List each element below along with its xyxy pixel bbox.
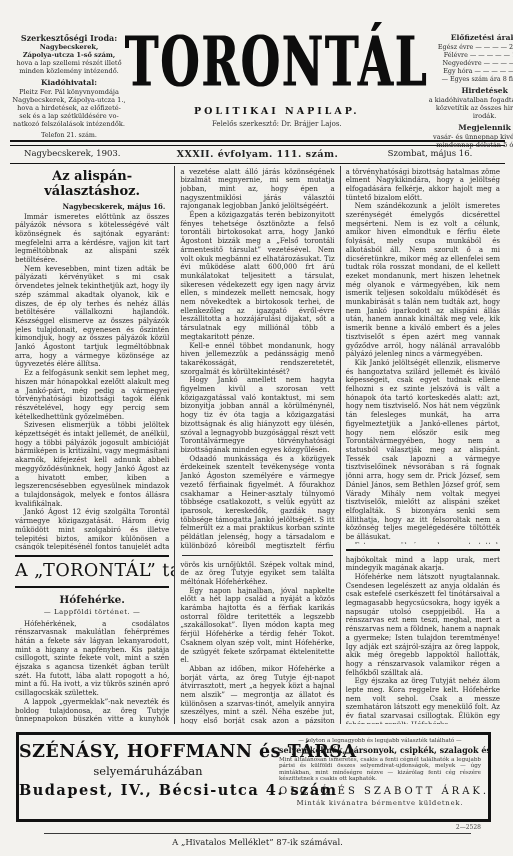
subscription-title: Előfizetési árak: [426, 34, 513, 42]
feuilleton-col1-paragraphs: Hófehérkének, a csodálatos rénszarvasnak… [15, 620, 169, 724]
article-paragraph: a vezetése alatt álló járás közönségének… [180, 168, 334, 212]
dateline-place: Nagybecskerek, 1903. [10, 149, 160, 159]
ad-company-address: Budapest, IV., Bécsi-utca 4. szám [19, 782, 277, 799]
dateline-date: Szombat, május 16. [355, 149, 505, 159]
feuilleton-section-title: A „TORONTÁL” tarcája [15, 561, 169, 581]
ad-slogan: OLCSÓ ÉS SZABOTT ÁRAK. [279, 786, 481, 797]
dateline-bottom-rule [10, 163, 505, 164]
price-line: Egész évre — — — — 24 kor. [426, 43, 513, 51]
note-line: irodák. [426, 112, 513, 120]
feuilleton-subtitle: — Lappföldi történet. — [15, 608, 169, 616]
article-dateline: Nagybecskerek, május 16. [15, 202, 165, 211]
article-columns: Az alispán-választáshoz. Nagybecskerek, … [10, 166, 505, 724]
article-paragraph: Nem szándékozunk a jelölt ismeretes szer… [346, 202, 500, 359]
note-line: vasár- és ünnepnap kivételével [426, 133, 513, 141]
price-line: Negyedévre — — — — 6 „ [426, 59, 513, 67]
article-paragraph: Épen a közigazgatás terén bebizonyitott … [180, 211, 334, 342]
column-1-main: Az alispán-választáshoz. Nagybecskerek, … [15, 168, 169, 550]
price-line: Félévre — — — — — 12 „ [426, 51, 513, 59]
editorial-office-note: hova a lap szellemi részét illetőminden … [10, 59, 128, 75]
column-2-separator-rule [182, 555, 332, 556]
price-line: Egy hóra — — — — — 2 „ [426, 67, 513, 75]
feuilleton-section-header: A „TORONTÁL” tarcája [15, 555, 169, 588]
ad-reference-number: 2—2528 [10, 824, 481, 831]
price-list: Egész évre — — — — 24 kor.Félévre — — — … [426, 43, 513, 83]
article-col3-paragraphs: a törvényhatósági bizottság hatalmas zöm… [346, 168, 500, 544]
feuilleton-paragraph: vörös kis urnőjüktől. Szépek voltak mind… [180, 561, 334, 587]
note-line: minden közlemény intézendő. [10, 67, 128, 75]
note-line: a kiadóhivatalban fogadtatnak el, [426, 96, 513, 104]
article-col1-paragraphs: Immár ismeretes előttünk az összes pályá… [15, 213, 169, 550]
feuilleton-title: Hófehérke. [15, 594, 169, 606]
column-3: a törvényhatósági bizottság hatalmas zöm… [340, 166, 505, 724]
column-3-separator-rule [346, 549, 500, 551]
supplement-note: A „Hivatalos Melléklet” 87-ik számával. [10, 838, 505, 848]
column-1: Az alispán-választáshoz. Nagybecskerek, … [10, 166, 174, 724]
dateline-issue: XXXII. évfolyam. 111. szám. [160, 149, 355, 160]
ads-note: a kiadóhivatalban fogadtatnak el,közvetí… [426, 96, 513, 120]
masthead-center: TORONTÁL POLITIKAI NAPILAP. Felelős szer… [128, 26, 426, 138]
article-paragraph: Kik Jankó jelöltségét ellenzik, elismerv… [346, 359, 500, 542]
editor-line: Felelős szerkesztő: Dr. Brájjer Lajos. [128, 120, 426, 128]
column-2: a vezetése alatt álló járás közönségének… [174, 166, 339, 724]
note-line: hova a hirdetések, az előfizeté- [10, 104, 128, 112]
editorial-office-box: Szerkesztőségi Iroda: Nagybecskerek,Zápo… [10, 26, 128, 138]
publication-note: vasár- és ünnepnap kivételévelmindennap … [426, 133, 513, 149]
editorial-office-address: Nagybecskerek,Zápolya-utcza 1-ső szám, [10, 43, 128, 59]
ad-text-block: — folyton a legnagyobb és legujabb válas… [277, 735, 488, 819]
article-paragraph: Szivesen elismerjük a többi jelöltek kép… [15, 421, 169, 508]
feuilleton-col3-paragraphs: hajbókoltak mind a lapp urak, mert minde… [346, 556, 500, 724]
ad-tagline: — folyton a legnagyobb és legujabb válas… [279, 738, 481, 744]
article-paragraph: Jankó Ágost 12 évig szolgálta Torontál v… [15, 508, 169, 549]
article-paragraph: Hogy Jankó amellett nem hagyta figyelmen… [180, 376, 334, 454]
publication-title: Megjelennik [426, 124, 513, 132]
publisher-title: Kiadóhivatal: [10, 79, 128, 87]
feuilleton-paragraph: Egy éjszaka az öreg Tutyját nehéz álom l… [346, 677, 500, 723]
masthead: Szerkesztőségi Iroda: Nagybecskerek,Zápo… [10, 26, 505, 138]
newspaper-page: Szerkesztőségi Iroda: Nagybecskerek,Zápo… [0, 0, 513, 856]
article-paragraph: Kell-e ennél többet mondanunk, hogy hive… [180, 342, 334, 377]
newspaper-subtitle: POLITIKAI NAPILAP. [128, 106, 426, 117]
feuilleton-paragraph: hajbókoltak mind a lapp urak, mert minde… [346, 556, 500, 573]
note-line: sek és a lap szétküldésére vo- [10, 112, 128, 120]
feuilleton-paragraph: Abban az időben, mikor Hófehérke a borjá… [180, 665, 334, 724]
article-paragraph: a törvényhatósági bizottság hatalmas zöm… [346, 168, 500, 203]
article-col2-paragraphs: a vezetése alatt álló járás közönségének… [180, 168, 334, 550]
ad-body-text: Mint általánosan ismeretes, csakis a fen… [279, 757, 481, 783]
newspaper-title: TORONTÁL [125, 30, 429, 98]
price-line: — Egyes szám ára 8 fill. — [426, 75, 513, 83]
note-line: Pleitz Fer. Pál könyvnyomdája [10, 88, 128, 96]
ad-products-line: selyemkelmék, bársonyok, csipkék, szalag… [279, 745, 481, 755]
publisher-note: Pleitz Fer. Pál könyvnyomdájaNagybecsker… [10, 88, 128, 128]
address-line: Nagybecskerek, [10, 43, 128, 51]
feuilleton-paragraph: Hófehérke nem látszott nyugtalannak. Cse… [346, 573, 500, 677]
article-paragraph: Nem kevesebben, mint tizen adták be pály… [15, 265, 169, 369]
ad-company-name: SZÉNÁSY, HOFFMANN és TÁRSA [19, 742, 277, 762]
article-dateline-text: Nagybecskerek, május 16. [63, 202, 166, 211]
article-paragraph: Ez a felfogásunk senkit sem lephet meg, … [15, 369, 169, 421]
article-headline: Az alispán-választáshoz. [15, 169, 169, 199]
dateline-row: Nagybecskerek, 1903. XXXII. évfolyam. 11… [10, 146, 505, 163]
note-line: Nagybecskerek, Zápolya-utcza 1., [10, 96, 128, 104]
feuilleton-paragraph: Hófehérkének, a csodálatos rénszarvasnak… [15, 620, 169, 698]
article-paragraph: Immár ismeretes előttünk az összes pályá… [15, 213, 169, 265]
ad-company-block: SZÉNÁSY, HOFFMANN és TÁRSA selyemáruházá… [19, 735, 277, 819]
telephone-line: Telefon 21. szám. [10, 132, 128, 140]
note-line: közvetítik az összes hirdetési [426, 104, 513, 112]
ad-company-store: selyemáruházában [19, 764, 277, 778]
article-paragraph: Ezt szükségesnek tartottuk hangsulyozni,… [346, 542, 500, 544]
advertisement-box: SZÉNÁSY, HOFFMANN és TÁRSA selyemáruházá… [16, 732, 491, 822]
note-line: mindennap délután 5 órakor. [426, 141, 513, 149]
article-paragraph: Odaadó munkássága és a közügyek érdekein… [180, 455, 334, 550]
ad-samples-note: Minták kivánatra bérmentve küldetnek. [279, 799, 481, 807]
ads-title: Hirdetések [426, 87, 513, 95]
feuilleton-paragraph: A lappok „gyermeklak”-nak nevezték és bo… [15, 698, 169, 724]
address-line: Zápolya-utcza 1-ső szám, [10, 51, 128, 59]
editorial-office-title: Szerkesztőségi Iroda: [10, 34, 128, 42]
note-line: hova a lap szellemi részét illető [10, 59, 128, 67]
subscription-box: Előfizetési árak: Egész évre — — — — 24 … [426, 26, 513, 138]
footer-rule [44, 833, 471, 834]
note-line: natkozó felszólalások intézendők. [10, 120, 128, 128]
feuilleton-paragraph: Egy napon hajnalban, jóval napkelte előt… [180, 587, 334, 665]
feuilleton-col2-paragraphs: vörös kis urnőjüktől. Szépek voltak mind… [180, 561, 334, 724]
